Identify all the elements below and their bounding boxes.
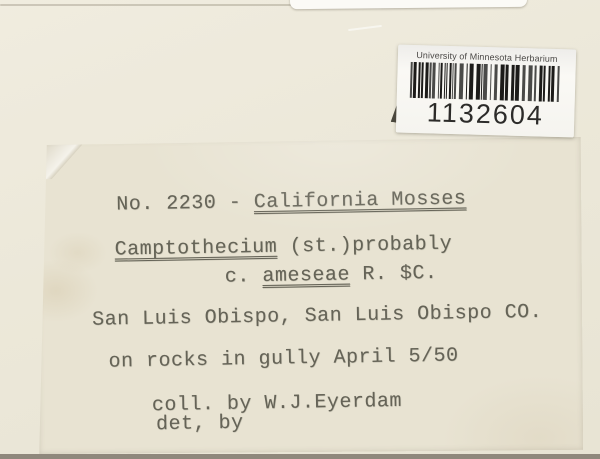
- label-line-species: c. ameseae R. $C.: [225, 262, 438, 289]
- label-text: San Luis Obispo, San Luis Obispo CO.: [92, 301, 542, 332]
- herbarium-sheet: No. 2230 - California Mosses Camptotheci…: [0, 0, 600, 454]
- label-line-habitat-date: on rocks in gully April 5/50: [108, 344, 458, 373]
- label-text: det, by: [156, 412, 244, 437]
- specimen-label: No. 2230 - California Mosses Camptotheci…: [37, 137, 583, 454]
- paper-scratch: [348, 25, 382, 31]
- label-text: on rocks in gully April 5/50: [108, 344, 458, 373]
- underlined-text: ameseae: [262, 263, 350, 288]
- label-text: (st.)probably: [277, 233, 452, 259]
- label-line-genus: Camptothecium (st.)probably: [114, 233, 452, 262]
- barcode-sticker: University of Minnesota Herbarium 113260…: [396, 45, 576, 138]
- label-text: R. $C.: [350, 262, 438, 287]
- label-text: No. 2230 -: [116, 191, 254, 216]
- label-line-locality: San Luis Obispo, San Luis Obispo CO.: [92, 301, 542, 332]
- sheet-edge: [0, 4, 292, 6]
- specimen-photo: No. 2230 - California Mosses Camptotheci…: [0, 0, 600, 459]
- label-line-determiner: det, by: [156, 412, 244, 437]
- barcode-number: 1132604: [396, 99, 575, 131]
- label-text: c.: [225, 265, 263, 289]
- label-line-number-title: No. 2230 - California Mosses: [116, 187, 466, 216]
- underlined-text: California Mosses: [254, 187, 467, 214]
- barcode-icon: [406, 62, 567, 102]
- paper-strip-top: [290, 0, 527, 9]
- underlined-text: Camptothecium: [114, 236, 277, 262]
